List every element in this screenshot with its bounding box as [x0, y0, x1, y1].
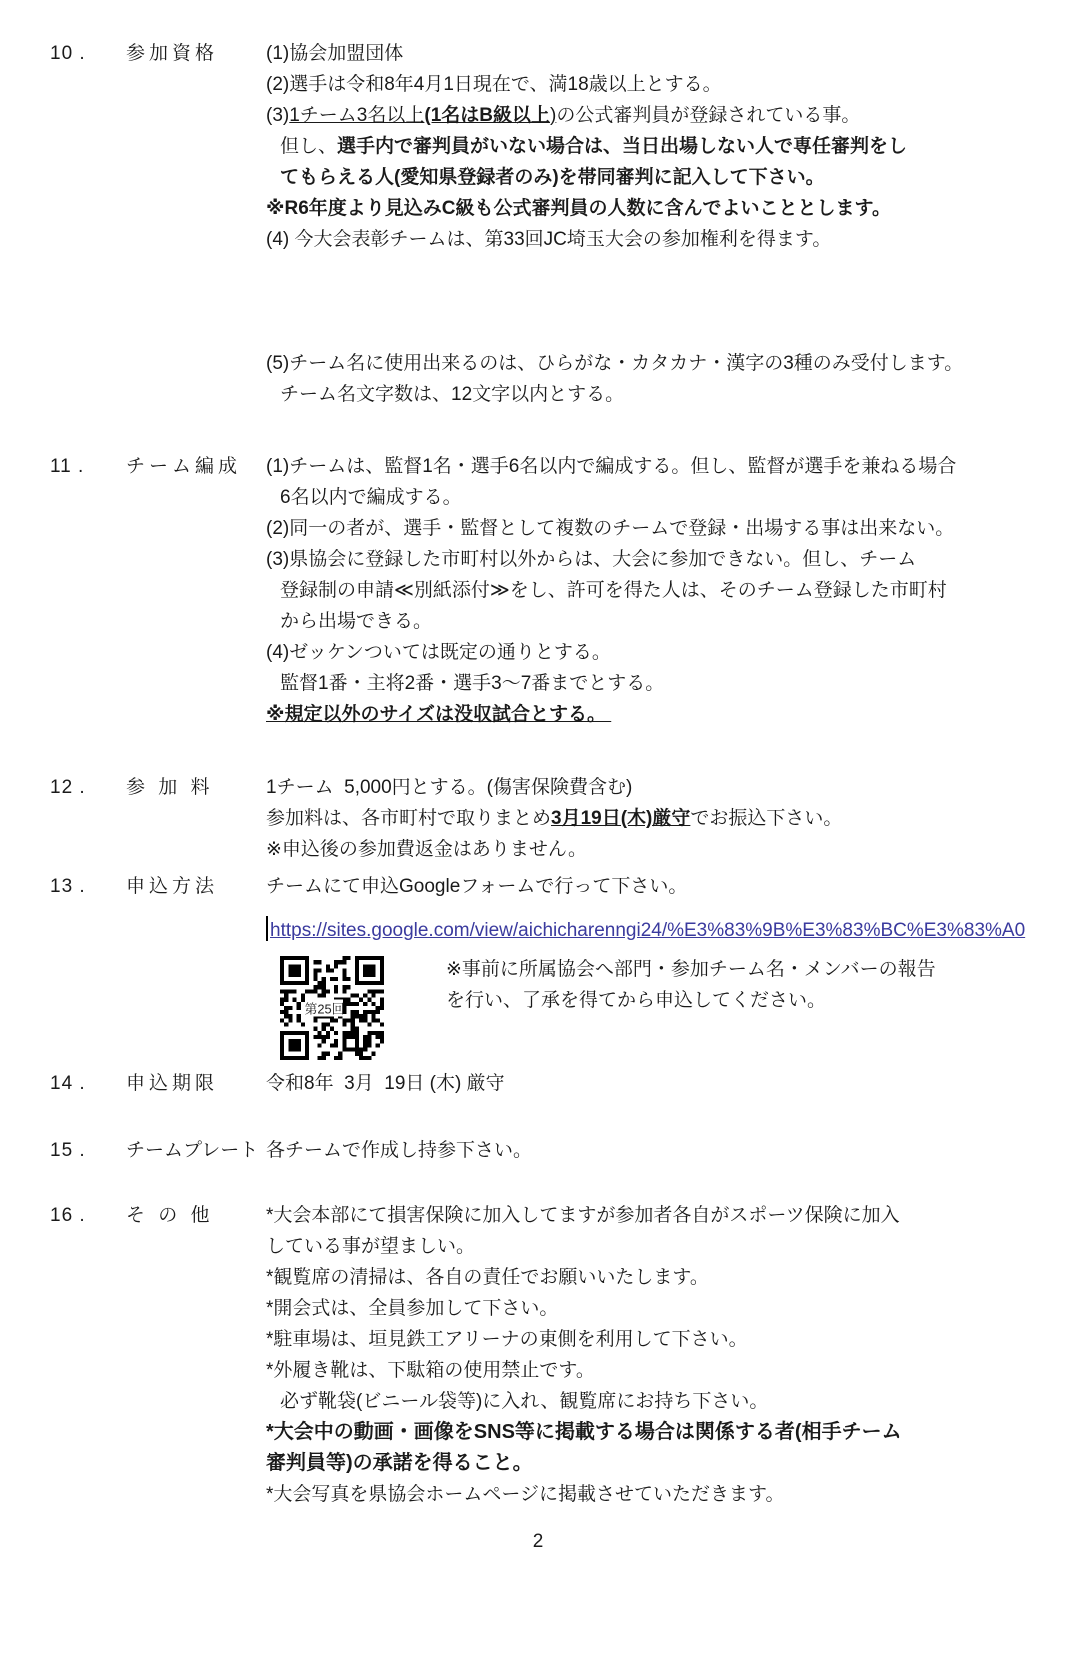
text-line: *外履き靴は、下駄箱の使用禁止です。: [266, 1355, 1026, 1386]
section-content: *大会本部にて損害保険に加入してますが参加者各自がスポーツ保険に加入している事が…: [266, 1200, 1026, 1510]
qr-code-icon[interactable]: 第25回: [280, 954, 384, 1062]
text-line: *大会中の動画・画像をSNS等に掲載する場合は関係する者(相手チーム: [266, 1417, 1026, 1448]
text-run: (2)選手は令和8年4月1日現在で、満18歳以上とする。: [266, 74, 722, 95]
text-run: 3月19日(木)厳守: [551, 808, 690, 829]
text-line: [266, 317, 1026, 348]
text-run: (1)協会加盟団体: [266, 43, 403, 64]
text-run: (5)チーム名に使用出来るのは、ひらがな・カタカナ・漢字の3種のみ受付します。: [266, 353, 963, 374]
text-line: 監督1番・主将2番・選手3～7番までとする。: [266, 668, 1026, 699]
text-run: 登録制の申請≪別紙添付≫をし、許可を得た人は、そのチーム登録した市町村: [280, 580, 947, 601]
svg-text:第25回: 第25回: [304, 1001, 344, 1016]
text-run: *観覧席の清掃は、各自の責任でお願いいたします。: [266, 1267, 709, 1288]
text-run: の公式審判員が登録されている事。: [556, 105, 860, 126]
text-run: (1)チームは、監督1名・選手6名以内で編成する。但し、監督が選手を兼ねる場合: [266, 456, 956, 477]
text-run: (4)ゼッケンついては既定の通りとする。: [266, 642, 611, 663]
section-label: 参加資格: [126, 38, 266, 69]
section-label: 申込期限: [126, 1068, 266, 1099]
section-number: 13 .: [50, 871, 126, 902]
text-line: (3)県協会に登録した市町村以外からは、大会に参加できない。但し、チーム: [266, 544, 1026, 575]
text-line: チームにて申込Googleフォームで行って下さい。: [266, 871, 1026, 902]
document-body: 10 .参加資格(1)協会加盟団体(2)選手は令和8年4月1日現在で、満18歳以…: [50, 38, 1026, 1510]
text-run: *大会本部にて損害保険に加入してますが参加者各自がスポーツ保険に加入: [266, 1205, 900, 1226]
text-line: ※申込後の参加費返金はありません。: [266, 834, 1026, 865]
section-label: チームプレート: [126, 1135, 266, 1166]
text-line: 令和8年 3月 19日 (木) 厳守: [266, 1068, 1026, 1099]
text-line: https://sites.google.com/view/aichichare…: [266, 915, 1026, 946]
text-line: (1)チームは、監督1名・選手6名以内で編成する。但し、監督が選手を兼ねる場合: [266, 451, 1026, 482]
section-content: チームにて申込Googleフォームで行って下さい。https://sites.g…: [266, 871, 1026, 1066]
text-cursor-icon: [266, 916, 268, 941]
text-run: 審判員等)の承諾を得ること。: [266, 1452, 533, 1474]
text-run: 1チーム3名以上: [289, 105, 424, 126]
section-content: (1)チームは、監督1名・選手6名以内で編成する。但し、監督が選手を兼ねる場合6…: [266, 451, 1026, 730]
section-15: 15 .チームプレート各チームで作成し持参下さい。: [50, 1135, 1026, 1166]
text-line: [266, 286, 1026, 317]
section-number: 16 .: [50, 1200, 126, 1231]
entry-form-link[interactable]: https://sites.google.com/view/aichichare…: [270, 920, 1025, 941]
text-run: 令和8年 3月 19日 (木) 厳守: [266, 1073, 505, 1094]
qr-note: ※事前に所属協会へ部門・参加チーム名・メンバーの報告を行い、了承を得てから申込し…: [446, 954, 1026, 1016]
section-content: (1)協会加盟団体(2)選手は令和8年4月1日現在で、満18歳以上とする。(3)…: [266, 38, 1026, 410]
text-run: (1名はB級以上: [424, 105, 550, 126]
text-line: *大会本部にて損害保険に加入してますが参加者各自がスポーツ保険に加入: [266, 1200, 1026, 1231]
text-line: ※規定以外のサイズは没収試合とする。: [266, 699, 1026, 730]
section-label: そ の 他: [126, 1200, 266, 1231]
section-content: 令和8年 3月 19日 (木) 厳守: [266, 1068, 1026, 1099]
section-number: 11 .: [50, 451, 126, 482]
text-line: [266, 255, 1026, 286]
text-run: 1チーム 5,000円とする。(傷害保険費含む): [266, 777, 632, 798]
text-run: ※申込後の参加費返金はありません。: [266, 839, 587, 860]
text-line: 審判員等)の承諾を得ること。: [266, 1448, 1026, 1479]
text-line: (3)1チーム3名以上(1名はB級以上)の公式審判員が登録されている事。: [266, 100, 1026, 131]
text-line: を行い、了承を得てから申込してください。: [446, 985, 1026, 1016]
text-run: 監督1番・主将2番・選手3～7番までとする。: [280, 673, 664, 694]
section-11: 11 .チーム編成(1)チームは、監督1名・選手6名以内で編成する。但し、監督が…: [50, 451, 1026, 730]
text-line: 6名以内で編成する。: [266, 482, 1026, 513]
text-run: *外履き靴は、下駄箱の使用禁止です。: [266, 1360, 595, 1381]
text-line: *駐車場は、垣見鉄工アリーナの東側を利用して下さい。: [266, 1324, 1026, 1355]
text-run: *大会中の動画・画像をSNS等に掲載する場合は関係する者(相手チーム: [266, 1421, 902, 1443]
text-line: *開会式は、全員参加して下さい。: [266, 1293, 1026, 1324]
text-line: *大会写真を県協会ホームページに掲載させていただきます。: [266, 1479, 1026, 1510]
text-run: *開会式は、全員参加して下さい。: [266, 1298, 558, 1319]
text-run: *大会写真を県協会ホームページに掲載させていただきます。: [266, 1484, 785, 1505]
text-run: (3)県協会に登録した市町村以外からは、大会に参加できない。但し、チーム: [266, 549, 916, 570]
page-number: 2: [50, 1526, 1026, 1557]
text-line: (2)選手は令和8年4月1日現在で、満18歳以上とする。: [266, 69, 1026, 100]
section-16: 16 .そ の 他*大会本部にて損害保険に加入してますが参加者各自がスポーツ保険…: [50, 1200, 1026, 1510]
section-number: 12 .: [50, 772, 126, 803]
text-run: でお振込下さい。: [690, 808, 842, 829]
section-number: 10 .: [50, 38, 126, 69]
text-run: ※R6年度より見込みC級も公式審判員の人数に含んでよいこととします。: [266, 198, 891, 219]
text-run: 参加料は、各市町村で取りまとめ: [266, 808, 551, 829]
text-line: ※R6年度より見込みC級も公式審判員の人数に含んでよいこととします。: [266, 193, 1026, 224]
section-14: 14 .申込期限令和8年 3月 19日 (木) 厳守: [50, 1068, 1026, 1099]
text-line: 参加料は、各市町村で取りまとめ3月19日(木)厳守でお振込下さい。: [266, 803, 1026, 834]
text-line: している事が望ましい。: [266, 1231, 1026, 1262]
text-line: ※事前に所属協会へ部門・参加チーム名・メンバーの報告: [446, 954, 1026, 985]
section-10: 10 .参加資格(1)協会加盟団体(2)選手は令和8年4月1日現在で、満18歳以…: [50, 38, 1026, 410]
text-run: 但し、: [280, 136, 337, 157]
section-label: チーム編成: [126, 451, 266, 482]
text-line: 但し、選手内で審判員がいない場合は、当日出場しない人で専任審判をし: [266, 131, 1026, 162]
section-content: 各チームで作成し持参下さい。: [266, 1135, 1026, 1166]
text-run: から出場できる。: [280, 611, 432, 632]
section-12: 12 .参 加 料1チーム 5,000円とする。(傷害保険費含む)参加料は、各市…: [50, 772, 1026, 865]
text-run: している事が望ましい。: [266, 1236, 475, 1257]
section-label: 申込方法: [126, 871, 266, 902]
section-13: 13 .申込方法チームにて申込Googleフォームで行って下さい。https:/…: [50, 871, 1026, 1066]
text-run: (3): [266, 105, 289, 126]
text-line: から出場できる。: [266, 606, 1026, 637]
text-line: *観覧席の清掃は、各自の責任でお願いいたします。: [266, 1262, 1026, 1293]
text-line: 登録制の申請≪別紙添付≫をし、許可を得た人は、そのチーム登録した市町村: [266, 575, 1026, 606]
text-line: (5)チーム名に使用出来るのは、ひらがな・カタカナ・漢字の3種のみ受付します。: [266, 348, 1026, 379]
text-line: (1)協会加盟団体: [266, 38, 1026, 69]
text-run: (4) 今大会表彰チームは、第33回JC埼玉大会の参加権利を得ます。: [266, 229, 831, 250]
section-number: 15 .: [50, 1135, 126, 1166]
text-run: 必ず靴袋(ビニール袋等)に入れ、観覧席にお持ち下さい。: [280, 1391, 768, 1412]
text-line: (2)同一の者が、選手・監督として複数のチームで登録・出場する事は出来ない。: [266, 513, 1026, 544]
text-run: チーム名文字数は、12文字以内とする。: [280, 384, 624, 405]
text-line: (4) 今大会表彰チームは、第33回JC埼玉大会の参加権利を得ます。: [266, 224, 1026, 255]
text-line: てもらえる人(愛知県登録者のみ)を帯同審判に記入して下さい。: [266, 162, 1026, 193]
document-page: 10 .参加資格(1)協会加盟団体(2)選手は令和8年4月1日現在で、満18歳以…: [0, 0, 1080, 1657]
text-run: ※規定以外のサイズは没収試合とする。: [266, 704, 611, 725]
text-line: [266, 902, 1026, 915]
text-run: てもらえる人(愛知県登録者のみ)を帯同審判に記入して下さい。: [280, 167, 825, 188]
section-content: 1チーム 5,000円とする。(傷害保険費含む)参加料は、各市町村で取りまとめ3…: [266, 772, 1026, 865]
section-label: 参 加 料: [126, 772, 266, 803]
text-run: (2)同一の者が、選手・監督として複数のチームで登録・出場する事は出来ない。: [266, 518, 954, 539]
text-line: チーム名文字数は、12文字以内とする。: [266, 379, 1026, 410]
text-run: 各チームで作成し持参下さい。: [266, 1140, 532, 1161]
text-line: 各チームで作成し持参下さい。: [266, 1135, 1026, 1166]
text-run: 選手内で審判員がいない場合は、当日出場しない人で専任審判をし: [337, 136, 907, 157]
qr-block: 第25回※事前に所属協会へ部門・参加チーム名・メンバーの報告を行い、了承を得てか…: [280, 954, 1026, 1062]
text-run: 6名以内で編成する。: [280, 487, 462, 508]
text-run: *駐車場は、垣見鉄工アリーナの東側を利用して下さい。: [266, 1329, 748, 1350]
section-number: 14 .: [50, 1068, 126, 1099]
text-line: 必ず靴袋(ビニール袋等)に入れ、観覧席にお持ち下さい。: [266, 1386, 1026, 1417]
text-line: (4)ゼッケンついては既定の通りとする。: [266, 637, 1026, 668]
text-line: 1チーム 5,000円とする。(傷害保険費含む): [266, 772, 1026, 803]
text-run: チームにて申込Googleフォームで行って下さい。: [266, 876, 687, 897]
